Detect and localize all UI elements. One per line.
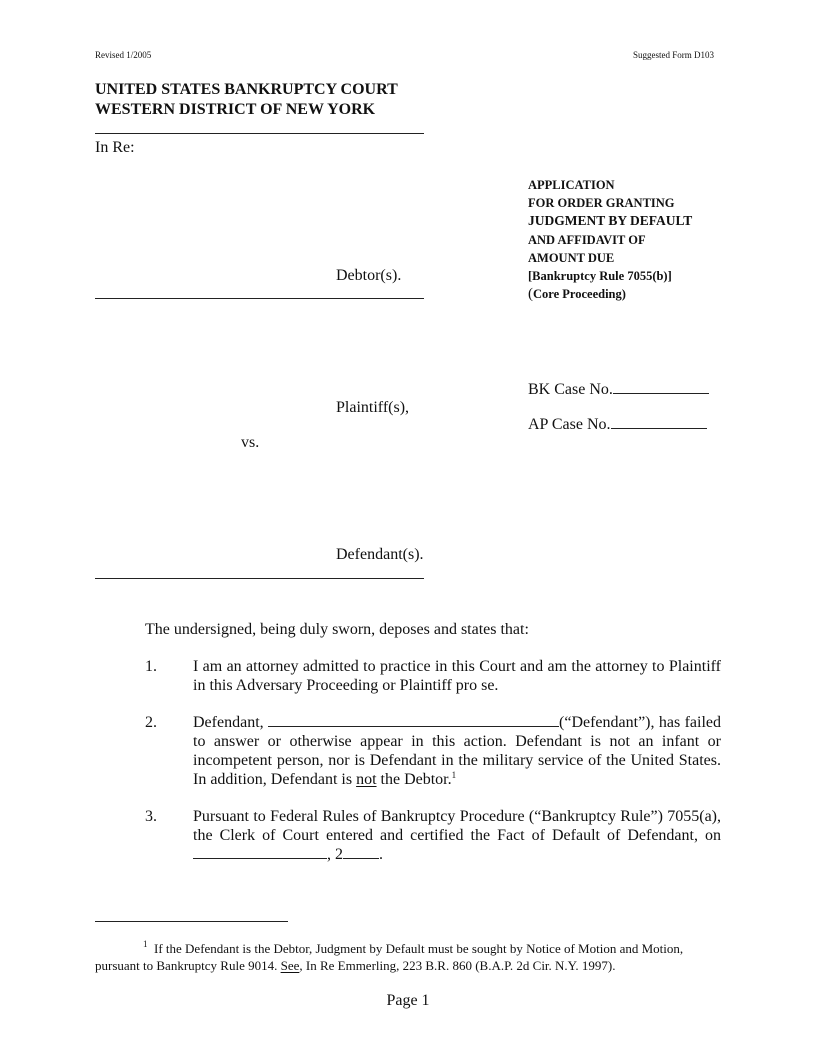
footnote-separator [95, 921, 288, 922]
court-name: UNITED STATES BANKRUPTCY COURT WESTERN D… [95, 80, 398, 120]
page-number: Page 1 [0, 991, 816, 1010]
see-signal: See [281, 958, 300, 973]
core-proceeding: (Core Proceeding) [528, 285, 692, 303]
paragraph-3-text: Pursuant to Federal Rules of Bankruptcy … [193, 807, 721, 864]
plaintiff-label: Plaintiff(s), [336, 398, 409, 417]
ap-case-input[interactable] [611, 415, 707, 429]
title-line2: FOR ORDER GRANTING [528, 194, 692, 212]
paragraph-2-number: 2. [145, 713, 157, 732]
paragraph-1-number: 1. [145, 657, 157, 676]
document-title: APPLICATION FOR ORDER GRANTING JUDGMENT … [528, 176, 692, 303]
bk-case-input[interactable] [613, 380, 709, 394]
form-number: Suggested Form D103 [633, 50, 714, 60]
versus-label: vs. [241, 433, 259, 452]
title-line3: JUDGMENT BY DEFAULT [528, 212, 692, 230]
paragraph-1-text: I am an attorney admitted to practice in… [193, 657, 721, 695]
caption-divider-debtor [95, 298, 424, 299]
defendant-name-input[interactable] [268, 713, 559, 727]
default-date-input[interactable] [193, 845, 327, 859]
rule-citation: [Bankruptcy Rule 7055(b)] [528, 267, 692, 285]
caption-divider-top [95, 133, 424, 134]
footnote-marker: 1 [143, 939, 148, 949]
ap-case-label: AP Case No. [528, 416, 611, 433]
in-re-label: In Re: [95, 138, 135, 157]
affidavit-intro: The undersigned, being duly sworn, depos… [145, 620, 529, 639]
caption-divider-defendant [95, 578, 424, 579]
paragraph-2-text: Defendant, (“Defendant”), has failed to … [193, 713, 721, 789]
court-name-line2: WESTERN DISTRICT OF NEW YORK [95, 100, 398, 120]
bk-case-label: BK Case No. [528, 381, 613, 398]
defendant-label: Defendant(s). [336, 545, 424, 564]
footnote-1: 1 If the Defendant is the Debtor, Judgme… [95, 940, 725, 974]
revision-date: Revised 1/2005 [95, 50, 151, 60]
bk-case-field[interactable]: BK Case No. [528, 380, 709, 399]
ap-case-field[interactable]: AP Case No. [528, 415, 707, 434]
title-line5: AMOUNT DUE [528, 249, 692, 267]
court-name-line1: UNITED STATES BANKRUPTCY COURT [95, 80, 398, 100]
footnote-reference[interactable]: 1 [452, 770, 457, 780]
debtor-label: Debtor(s). [336, 266, 401, 285]
title-line4: AND AFFIDAVIT OF [528, 231, 692, 249]
not-emphasis: not [356, 771, 376, 788]
title-line1: APPLICATION [528, 176, 692, 194]
default-year-input[interactable] [343, 845, 379, 859]
paragraph-3-number: 3. [145, 807, 157, 826]
